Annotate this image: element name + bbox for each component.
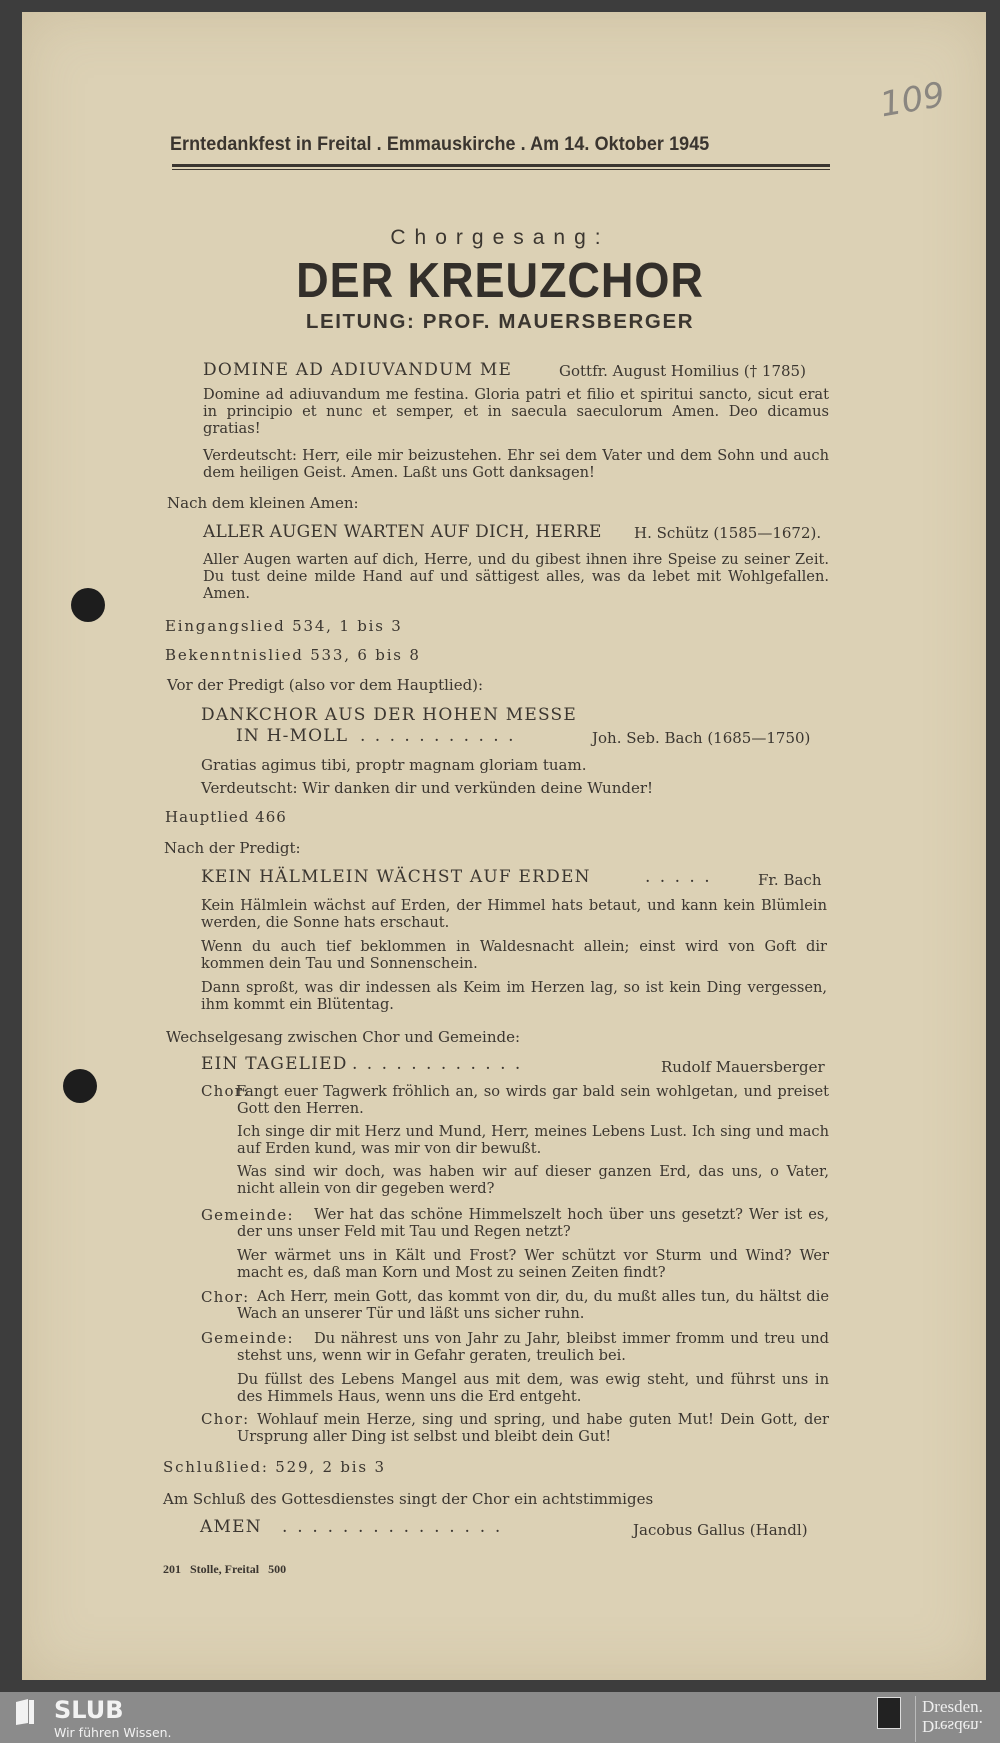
piece-title-3b: IN H-MOLL [236, 726, 348, 746]
dialogue-text: Ach Herr, mein Gott, das kommt von dir, … [237, 1288, 829, 1322]
dialogue-text: Wohlauf mein Herze, sing und spring, und… [237, 1411, 829, 1445]
piece-composer-1: Gottfr. August Homilius († 1785) [559, 362, 806, 380]
piece-composer-3: Joh. Seb. Bach (1685—1750) [592, 729, 810, 747]
dialogue-line: Ach Herr, mein Gott, das kommt von dir, … [237, 1288, 829, 1322]
piece-composer-5: Rudolf Mauersberger [661, 1058, 825, 1076]
hymn-main: Hauptlied 466 [165, 808, 287, 826]
piece-verse-4-3: Dann sproßt, was dir indessen als Keim i… [201, 979, 827, 1013]
section-intro-6: Am Schluß des Gottesdienstes singt der C… [163, 1490, 653, 1508]
piece-composer-2: H. Schütz (1585—1672). [634, 524, 821, 542]
slub-slogan: Wir führen Wissen. [54, 1725, 172, 1740]
piece-composer-4: Fr. Bach [758, 871, 822, 889]
masthead-direction: LEITUNG: PROF. MAUERSBERGER [0, 310, 1000, 334]
leader-dots-4: . . . . . [645, 867, 712, 887]
dresden-logo-mirror: Dresden. [922, 1716, 983, 1736]
leader-dots-5: . . . . . . . . . . . . [352, 1054, 522, 1074]
dialogue-text: Wer wärmet uns in Kält und Frost? Wer sc… [237, 1247, 829, 1281]
piece-text-latin-3: Gratias agimus tibi, proptr magnam glori… [201, 756, 586, 774]
section-intro-3: Vor der Predigt (also vor dem Hauptlied)… [167, 676, 483, 694]
dresden-logo[interactable]: Dresden. [922, 1697, 983, 1717]
piece-text-german-3: Verdeutscht: Wir danken dir und verkünde… [201, 779, 653, 797]
dialogue-line: Du nährest uns von Jahr zu Jahr, bleibst… [237, 1330, 829, 1364]
dialogue-text: Ich singe dir mit Herz und Mund, Herr, m… [237, 1123, 829, 1157]
punch-hole [71, 588, 105, 622]
section-intro-5: Wechselgesang zwischen Chor und Gemeinde… [166, 1028, 520, 1046]
footer-divider [915, 1696, 916, 1742]
slub-logo[interactable]: SLUB [54, 1696, 124, 1724]
piece-title-6: AMEN [200, 1517, 262, 1537]
document-header: Erntedankfest in Freital . Emmauskirche … [170, 133, 709, 156]
printer-imprint: 201 Stolle, Freital 500 [163, 1562, 286, 1577]
piece-title-1: DOMINE AD ADIUVANDUM ME [203, 360, 512, 380]
section-intro-4: Nach der Predigt: [164, 839, 301, 857]
leader-dots-3: . . . . . . . . . . . [360, 726, 515, 746]
piece-title-4: KEIN HÄLMLEIN WÄCHST AUF ERDEN [201, 867, 591, 887]
piece-verse-4-1: Kein Hälmlein wächst auf Erden, der Himm… [201, 897, 827, 931]
piece-title-3a: DANKCHOR AUS DER HOHEN MESSE [201, 705, 577, 725]
dialogue-text: Du nährest uns von Jahr zu Jahr, bleibst… [237, 1330, 829, 1364]
piece-text-2: Aller Augen warten auf dich, Herre, und … [203, 551, 829, 602]
dialogue-text: Du füllst des Lebens Mangel aus mit dem,… [237, 1371, 829, 1405]
dialogue-text: Fangt euer Tagwerk fröhlich an, so wirds… [237, 1083, 829, 1117]
header-rule-thin [172, 169, 830, 170]
dialogue-line: Wohlauf mein Herze, sing und spring, und… [237, 1411, 829, 1445]
section-intro-2: Nach dem kleinen Amen: [167, 494, 359, 512]
piece-title-5: EIN TAGELIED [201, 1054, 348, 1074]
dialogue-text: Was sind wir doch, was haben wir auf die… [237, 1163, 829, 1197]
dialogue-line: Fangt euer Tagwerk fröhlich an, so wirds… [236, 1083, 829, 1117]
leader-dots-6: . . . . . . . . . . . . . . . [282, 1517, 503, 1537]
hymn-closing: Schlußlied: 529, 2 bis 3 [163, 1458, 386, 1476]
hymn-creed: Bekenntnislied 533, 6 bis 8 [165, 646, 421, 664]
piece-verse-4-2: Wenn du auch tief beklommen in Waldesnac… [201, 938, 827, 972]
dialogue-line: Wer hat das schöne Himmelszelt hoch über… [237, 1206, 829, 1240]
masthead-subtitle: Chorgesang: [0, 226, 1000, 250]
masthead-title: DER KREUZCHOR [40, 253, 960, 309]
header-rule [172, 164, 830, 167]
slub-book-icon [14, 1698, 36, 1726]
piece-text-german-1: Verdeutscht: Herr, eile mir beizustehen.… [203, 447, 829, 481]
piece-title-2: ALLER AUGEN WARTEN AUF DICH, HERRE [203, 522, 602, 542]
piece-text-latin-1: Domine ad adiuvandum me festina. Gloria … [203, 386, 829, 437]
dresden-crest-icon [877, 1697, 901, 1729]
punch-hole [63, 1069, 97, 1103]
piece-composer-6: Jacobus Gallus (Handl) [633, 1521, 808, 1539]
dialogue-text: Wer hat das schöne Himmelszelt hoch über… [237, 1206, 829, 1240]
hymn-entrance: Eingangslied 534, 1 bis 3 [165, 617, 403, 635]
